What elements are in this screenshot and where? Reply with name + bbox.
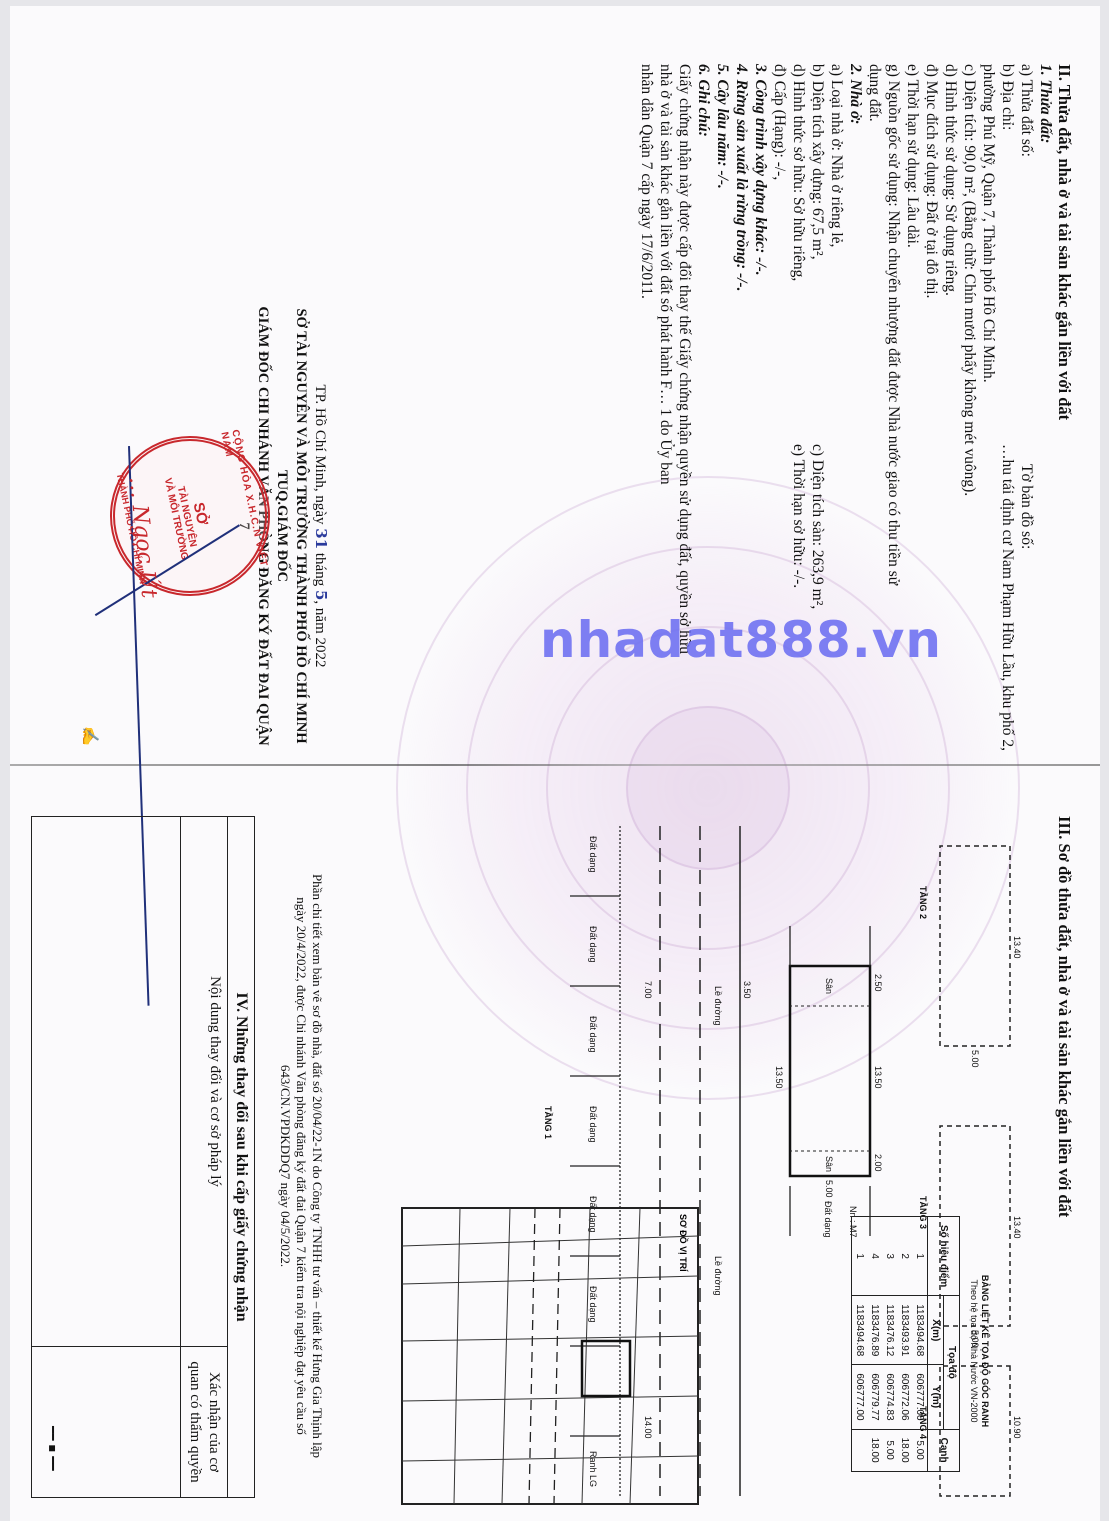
coord-cell-y: 606774.83 (882, 1365, 897, 1429)
detail-note: Phần chi tiết xem bản vẽ sơ đồ nhà, đất … (277, 846, 325, 1486)
place-date: TP. Hồ Chí Minh, ngày 31 tháng 5, năm 20… (310, 306, 330, 746)
vicinity-title: SƠ ĐỒ VỊ TRÍ (678, 1214, 689, 1272)
date-month: 5 (312, 590, 330, 600)
coord-cell-y: 606777.00 (912, 1365, 928, 1429)
col-x: X(m) (928, 1296, 944, 1365)
section-iv-table: IV. Những thay đổi sau khi cấp giấy chứn… (31, 816, 255, 1498)
coord-cell-point: 1 (912, 1217, 928, 1296)
land-use-certificate-page: II. Thửa đất, nhà ở và tài sản khác gắn … (10, 6, 1100, 1521)
road-label-b: Lề đường (713, 1256, 723, 1295)
note-line3: 643/CN.VPDKDDQ7 ngày 04/5/2022. (277, 846, 293, 1486)
coordinate-row: 11183494.68606777.005.00 (912, 1217, 928, 1472)
label-floor2: TẦNG 2 (918, 886, 928, 919)
dim-road-full: 7.00 (643, 981, 653, 999)
initial-mark-icon: ✍ (81, 726, 100, 746)
neighbor-label: Đất dạng (588, 1016, 598, 1053)
col-y: Y(m) (928, 1365, 944, 1429)
month-label: tháng (312, 553, 328, 586)
construction-area: b) Diện tích xây dựng: 67,5 m², (809, 64, 826, 260)
coord-cell-x: 1183494.68 (852, 1296, 868, 1365)
coord-cell-x: 1183476.89 (867, 1296, 882, 1365)
coordinate-row: 11183494.68606777.00 (852, 1217, 868, 1472)
label-yard: Sân (824, 978, 834, 994)
year-label: năm 2022 (312, 608, 328, 668)
section-ii-title: II. Thửa đất, nhà ở và tài sản khác gắn … (1055, 64, 1074, 744)
parcel-row: a) Thửa đất số: Tờ bản đồ số: (1017, 64, 1036, 744)
coord-cell-y: 606779.77 (867, 1365, 882, 1429)
coord-cell-x: 1183494.68 (912, 1296, 928, 1365)
map-sheet-no: Tờ bản đồ số: (1017, 464, 1036, 549)
dim-front-setback: 2.50 (873, 974, 883, 992)
road-label: Lề đường (713, 986, 723, 1025)
coord-cell-edge: 18.00 (867, 1429, 882, 1471)
col-coords: Tọa độ (944, 1296, 960, 1429)
coord-cell-point: 1 (852, 1217, 868, 1296)
address-label: b) Địa chỉ: (999, 64, 1016, 130)
coord-cell-edge (852, 1429, 868, 1471)
label-yard-b: Sân (824, 1156, 834, 1172)
use-form: d) Hình thức sử dụng: Sử dụng riêng. (941, 64, 960, 744)
confirmation-column: Xác nhận của cơ quan có thẩm quyền (31, 1347, 227, 1497)
neighbor-label: Đất dạng (823, 1201, 833, 1238)
neighbor-label: Đất dạng (588, 1106, 598, 1143)
address-line1: …hu tái định cư Nam Phạm Hữu Lầu, khu ph… (998, 444, 1017, 751)
changes-column: Nội dung thay đổi và cơ sở pháp lý (31, 817, 227, 1347)
confirmation-header: Xác nhận của cơ quan có thẩm quyền (180, 1347, 223, 1497)
coordinate-row: 41183476.89606779.7718.00 (867, 1217, 882, 1472)
coord-caption-line1: BẢNG LIỆT KÊ TỌA ĐỘ GÓC RANH (979, 1201, 990, 1501)
confirmation-header-line2: quan có thẩm quyền (185, 1347, 204, 1497)
address-line2: phường Phú Mỹ, Quận 7, Thành phố Hồ Chí … (979, 64, 998, 744)
coord-cell-edge: 5.00 (882, 1429, 897, 1471)
dim-lot-width: 5.00 (824, 1180, 834, 1198)
dim-road-half: 3.50 (742, 981, 752, 999)
coord-cell-edge: 18.00 (897, 1429, 912, 1471)
coord-cell-x: 1183493.91 (897, 1296, 912, 1365)
vicinity-map-svg: SƠ ĐỒ VỊ TRÍ (400, 1206, 700, 1506)
vicinity-map: SƠ ĐỒ VỊ TRÍ (400, 1206, 700, 1506)
address-row: b) Địa chỉ: …hu tái định cư Nam Phạm Hữu… (998, 64, 1017, 744)
neighbor-label: Đất dạng (588, 836, 598, 873)
note-line1: Phần chi tiết xem bản vẽ sơ đồ nhà, đất … (309, 846, 325, 1486)
coord-cell-x: 1183476.12 (882, 1296, 897, 1365)
coord-cell-edge: 5.00 (912, 1429, 928, 1471)
label-floor1: TẦNG 1 (543, 1106, 553, 1139)
org-line2: TUQ.GIÁM ĐỐC (272, 306, 291, 746)
note-line2: ngày 20/4/2022, được Chi nhánh Văn phòng… (293, 846, 309, 1486)
place-date-prefix: TP. Hồ Chí Minh, ngày (312, 385, 328, 525)
org-line1: SỞ TÀI NGUYÊN VÀ MÔI TRƯỜNG THÀNH PHỐ HỒ… (291, 306, 310, 746)
land-area: c) Diện tích: 90,0 m², (Bằng chữ: Chín m… (960, 64, 979, 744)
fold-line (10, 764, 1100, 766)
coordinate-table: Số hiệu điểm Tọa độ Cạnh X(m) Y(m) 11183… (851, 1216, 960, 1472)
col-point: Số hiệu điểm (928, 1217, 960, 1296)
land-heading: 1. Thửa đất: (1036, 64, 1055, 744)
section-iv-title: IV. Những thay đổi sau khi cấp giấy chứn… (227, 817, 254, 1497)
dim-floor2-width: 5.00 (970, 1050, 980, 1068)
watermark: nhadat888.vn (540, 611, 942, 669)
coord-caption-line2: Theo hệ tọa độ Nhà Nước VN-2000 (968, 1201, 979, 1501)
ownership-term: e) Thời hạn sở hữu: -/-. (789, 444, 808, 588)
dim-floor3-length: 13.40 (1012, 1216, 1022, 1239)
coord-cell-point: 2 (897, 1217, 912, 1296)
ownership-form: d) Hình thức sở hữu: Sở hữu riêng, (790, 64, 807, 281)
coordinate-row: 31183476.12606774.835.00 (882, 1217, 897, 1472)
coord-cell-y: 606772.06 (897, 1365, 912, 1429)
coord-cell-point: 3 (882, 1217, 897, 1296)
dim-floor4-length: 10.90 (1012, 1416, 1022, 1439)
section-iii-title: III. Sơ đồ thửa đất, nhà ở và tài sản kh… (1054, 816, 1074, 1217)
coordinate-row: 21183493.91606772.0618.00 (897, 1217, 912, 1472)
floor-area: c) Diện tích sàn: 263,9 m², (808, 444, 827, 609)
parcel-no: a) Thửa đất số: (1018, 64, 1035, 157)
date-day: 31 (312, 528, 330, 549)
dim-lot-length: 13.50 (873, 1066, 883, 1089)
coord-table-caption: BẢNG LIỆT KÊ TỌA ĐỘ GÓC RANH Theo hệ tọa… (968, 1201, 990, 1501)
changes-header: Nội dung thay đổi và cơ sở pháp lý (180, 817, 223, 1346)
neighbor-label: Đất dạng (588, 926, 598, 963)
coord-cell-point: 4 (867, 1217, 882, 1296)
confirmation-header-line1: Xác nhận của cơ (204, 1347, 223, 1497)
dim-back-setback: 2.00 (873, 1154, 883, 1172)
scale-bar-icon: ━━ ▪ ━━ (46, 1426, 60, 1471)
col-edge: Cạnh (928, 1429, 960, 1471)
dim-floor2-length: 13.40 (1012, 936, 1022, 959)
dim-lot-length-b: 13.50 (774, 1066, 784, 1089)
coordinate-rows: 11183494.68606777.005.0021183493.9160677… (852, 1217, 928, 1472)
coord-cell-y: 606777.00 (852, 1365, 868, 1429)
